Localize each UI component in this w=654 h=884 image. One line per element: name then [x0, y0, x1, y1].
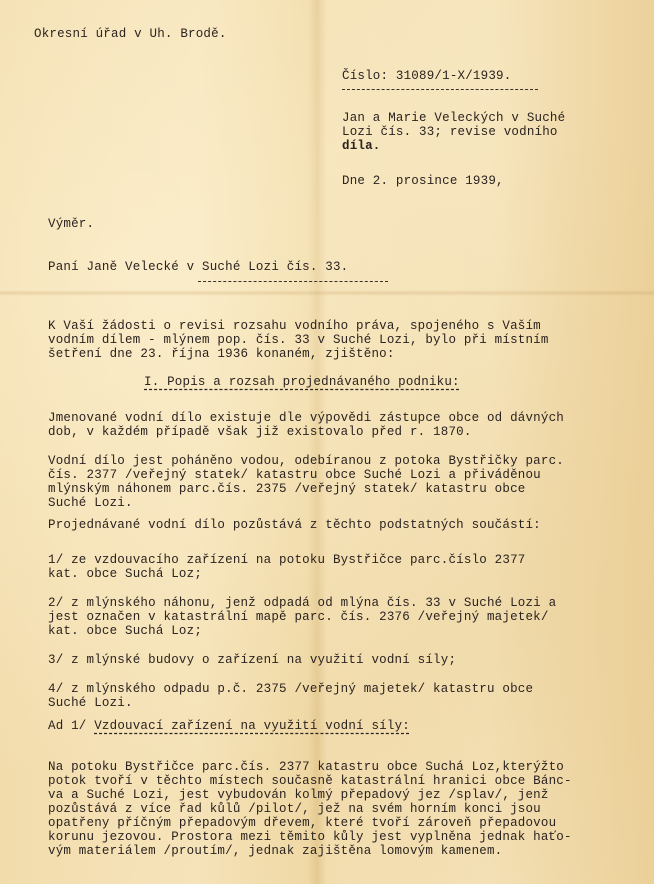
- final-paragraph-line: korunu jezovou. Prostora mezi těmito kůl…: [48, 831, 572, 844]
- final-paragraph-line: Na potoku Bystřičce parc.čís. 2377 katas…: [48, 761, 564, 774]
- section-heading: I. Popis a rozsah projednávaného podniku…: [144, 376, 460, 389]
- addressee: Paní Janě Velecké v Suché Lozi čís. 33.: [48, 261, 348, 274]
- subsection-heading: Ad 1/ Vzdouvací zařízení na využití vodn…: [48, 720, 410, 733]
- subject-line-2: Lozi čís. 33; revise vodního: [342, 126, 558, 139]
- reference-underline: [342, 89, 538, 90]
- paragraph-line: dob, v každém případě však již existoval…: [48, 426, 472, 439]
- addressee-underline: [198, 281, 388, 282]
- intro-line: K Vaší žádosti o revisi rozsahu vodního …: [48, 320, 541, 333]
- final-paragraph-line: pozůstává z více řad kůlů /pilot/, jež n…: [48, 803, 541, 816]
- paragraph-line: mlýnským náhonem parc.čís. 2375 /veřejný…: [48, 483, 525, 496]
- paragraph-line: kat. obce Suchá Loz;: [48, 568, 202, 581]
- paragraph-line: Vodní dílo jest poháněno vodou, odebíran…: [48, 455, 564, 468]
- subsection-prefix: Ad 1/: [48, 719, 94, 733]
- paragraph-line: 3/ z mlýnské budovy o zařízení na využit…: [48, 654, 456, 667]
- subject-line-3: díla.: [342, 140, 381, 153]
- paragraph-line: 1/ ze vzdouvacího zařízení na potoku Bys…: [48, 554, 525, 567]
- paragraph-line: Projednávané vodní dílo pozůstává z těch…: [48, 519, 541, 532]
- paragraph-line: Jmenované vodní dílo existuje dle výpově…: [48, 412, 564, 425]
- final-paragraph-line: opatřeny příčným přepadovým dřevem, kter…: [48, 817, 556, 830]
- paragraph-line: kat. obce Suchá Loz;: [48, 625, 202, 638]
- final-paragraph-line: vým materiálem /proutím/, jednak zajiště…: [48, 845, 502, 858]
- paragraph-line: čís. 2377 /veřejný statek/ katastru obce…: [48, 469, 541, 482]
- final-paragraph-line: potok tvoří v těchto místech současně ka…: [48, 775, 572, 788]
- paper-fold: [0, 290, 654, 296]
- paragraph-line: 4/ z mlýnského odpadu p.č. 2375 /veřejný…: [48, 683, 533, 696]
- paragraph-line: Suché Lozi.: [48, 497, 133, 510]
- intro-line: šetření dne 23. října 1936 konaném, zjiš…: [48, 348, 395, 361]
- section-heading-text: I. Popis a rozsah projednávaného podniku…: [144, 375, 460, 389]
- subsection-heading-text: Vzdouvací zařízení na využití vodní síly…: [94, 719, 410, 733]
- paragraph-line: 2/ z mlýnského náhonu, jenž odpadá od ml…: [48, 597, 556, 610]
- paragraph-line: jest označen v katastrální mapě parc. čí…: [48, 611, 549, 624]
- final-paragraph-line: va a Suché Lozi, jest vybudován kolmý př…: [48, 789, 549, 802]
- reference-number: Číslo: 31089/1-X/1939.: [342, 70, 511, 83]
- document-date: Dne 2. prosince 1939,: [342, 175, 504, 188]
- subject-line-1: Jan a Marie Veleckých v Suché: [342, 112, 565, 125]
- intro-line: vodním dílem - mlýnem pop. čís. 33 v Suc…: [48, 334, 549, 347]
- issuing-office: Okresní úřad v Uh. Brodě.: [34, 28, 227, 41]
- paragraph-line: Suché Lozi.: [48, 697, 133, 710]
- document-title: Výměr.: [48, 218, 94, 231]
